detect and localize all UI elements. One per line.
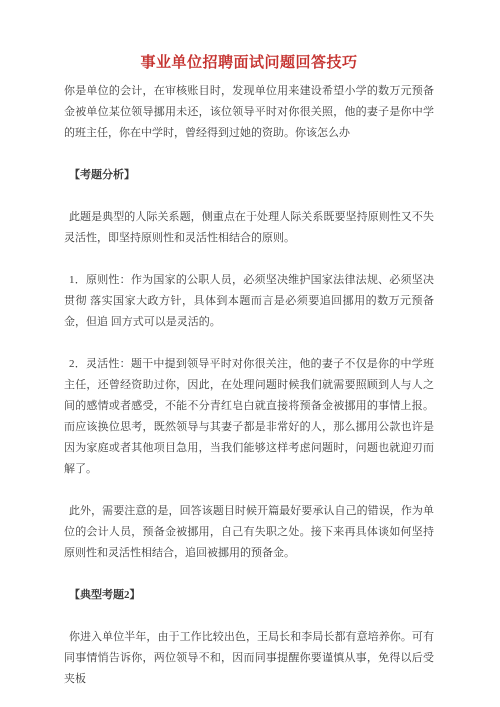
paragraph-analysis-note: 此外，需要注意的是，回答该题目时候开篇最好要承认自己的错误，作为单位的会计人员，… — [64, 501, 434, 564]
document-title: 事业单位招聘面试问题回答技巧 — [64, 52, 434, 74]
document-page: { "page": { "background_color": "#ffffff… — [0, 0, 500, 707]
heading-typical-question-2: 【典型考题2】 — [64, 585, 434, 606]
paragraph-analysis-point-1: 1．原则性：作为国家的公职人员，必须坚决维护国家法律法规、必须坚决贯彻 落实国家… — [64, 270, 434, 333]
paragraph-analysis-overview: 此题是典型的人际关系题，侧重点在于处理人际关系既要坚持原则性又不失灵活性，即坚持… — [64, 207, 434, 249]
document-canvas: 事业单位招聘面试问题回答技巧 你是单位的会计，在审核账目时，发现单位用来建设希望… — [0, 0, 500, 707]
paragraph-question-2-intro: 你进入单位半年，由于工作比较出色，王局长和李局长都有意培养你。可有同事情悄告诉你… — [64, 627, 434, 690]
paragraph-analysis-point-2: 2．灵活性：题干中提到领导平时对你很关注，他的妻子不仅是你的中学班主任，还曾经资… — [64, 354, 434, 480]
document-body: 你是单位的会计，在审核账目时，发现单位用来建设希望小学的数万元预备金被单位某位领… — [64, 81, 434, 690]
heading-exam-analysis: 【考题分析】 — [64, 165, 434, 186]
paragraph-question-intro: 你是单位的会计，在审核账目时，发现单位用来建设希望小学的数万元预备金被单位某位领… — [64, 81, 434, 144]
